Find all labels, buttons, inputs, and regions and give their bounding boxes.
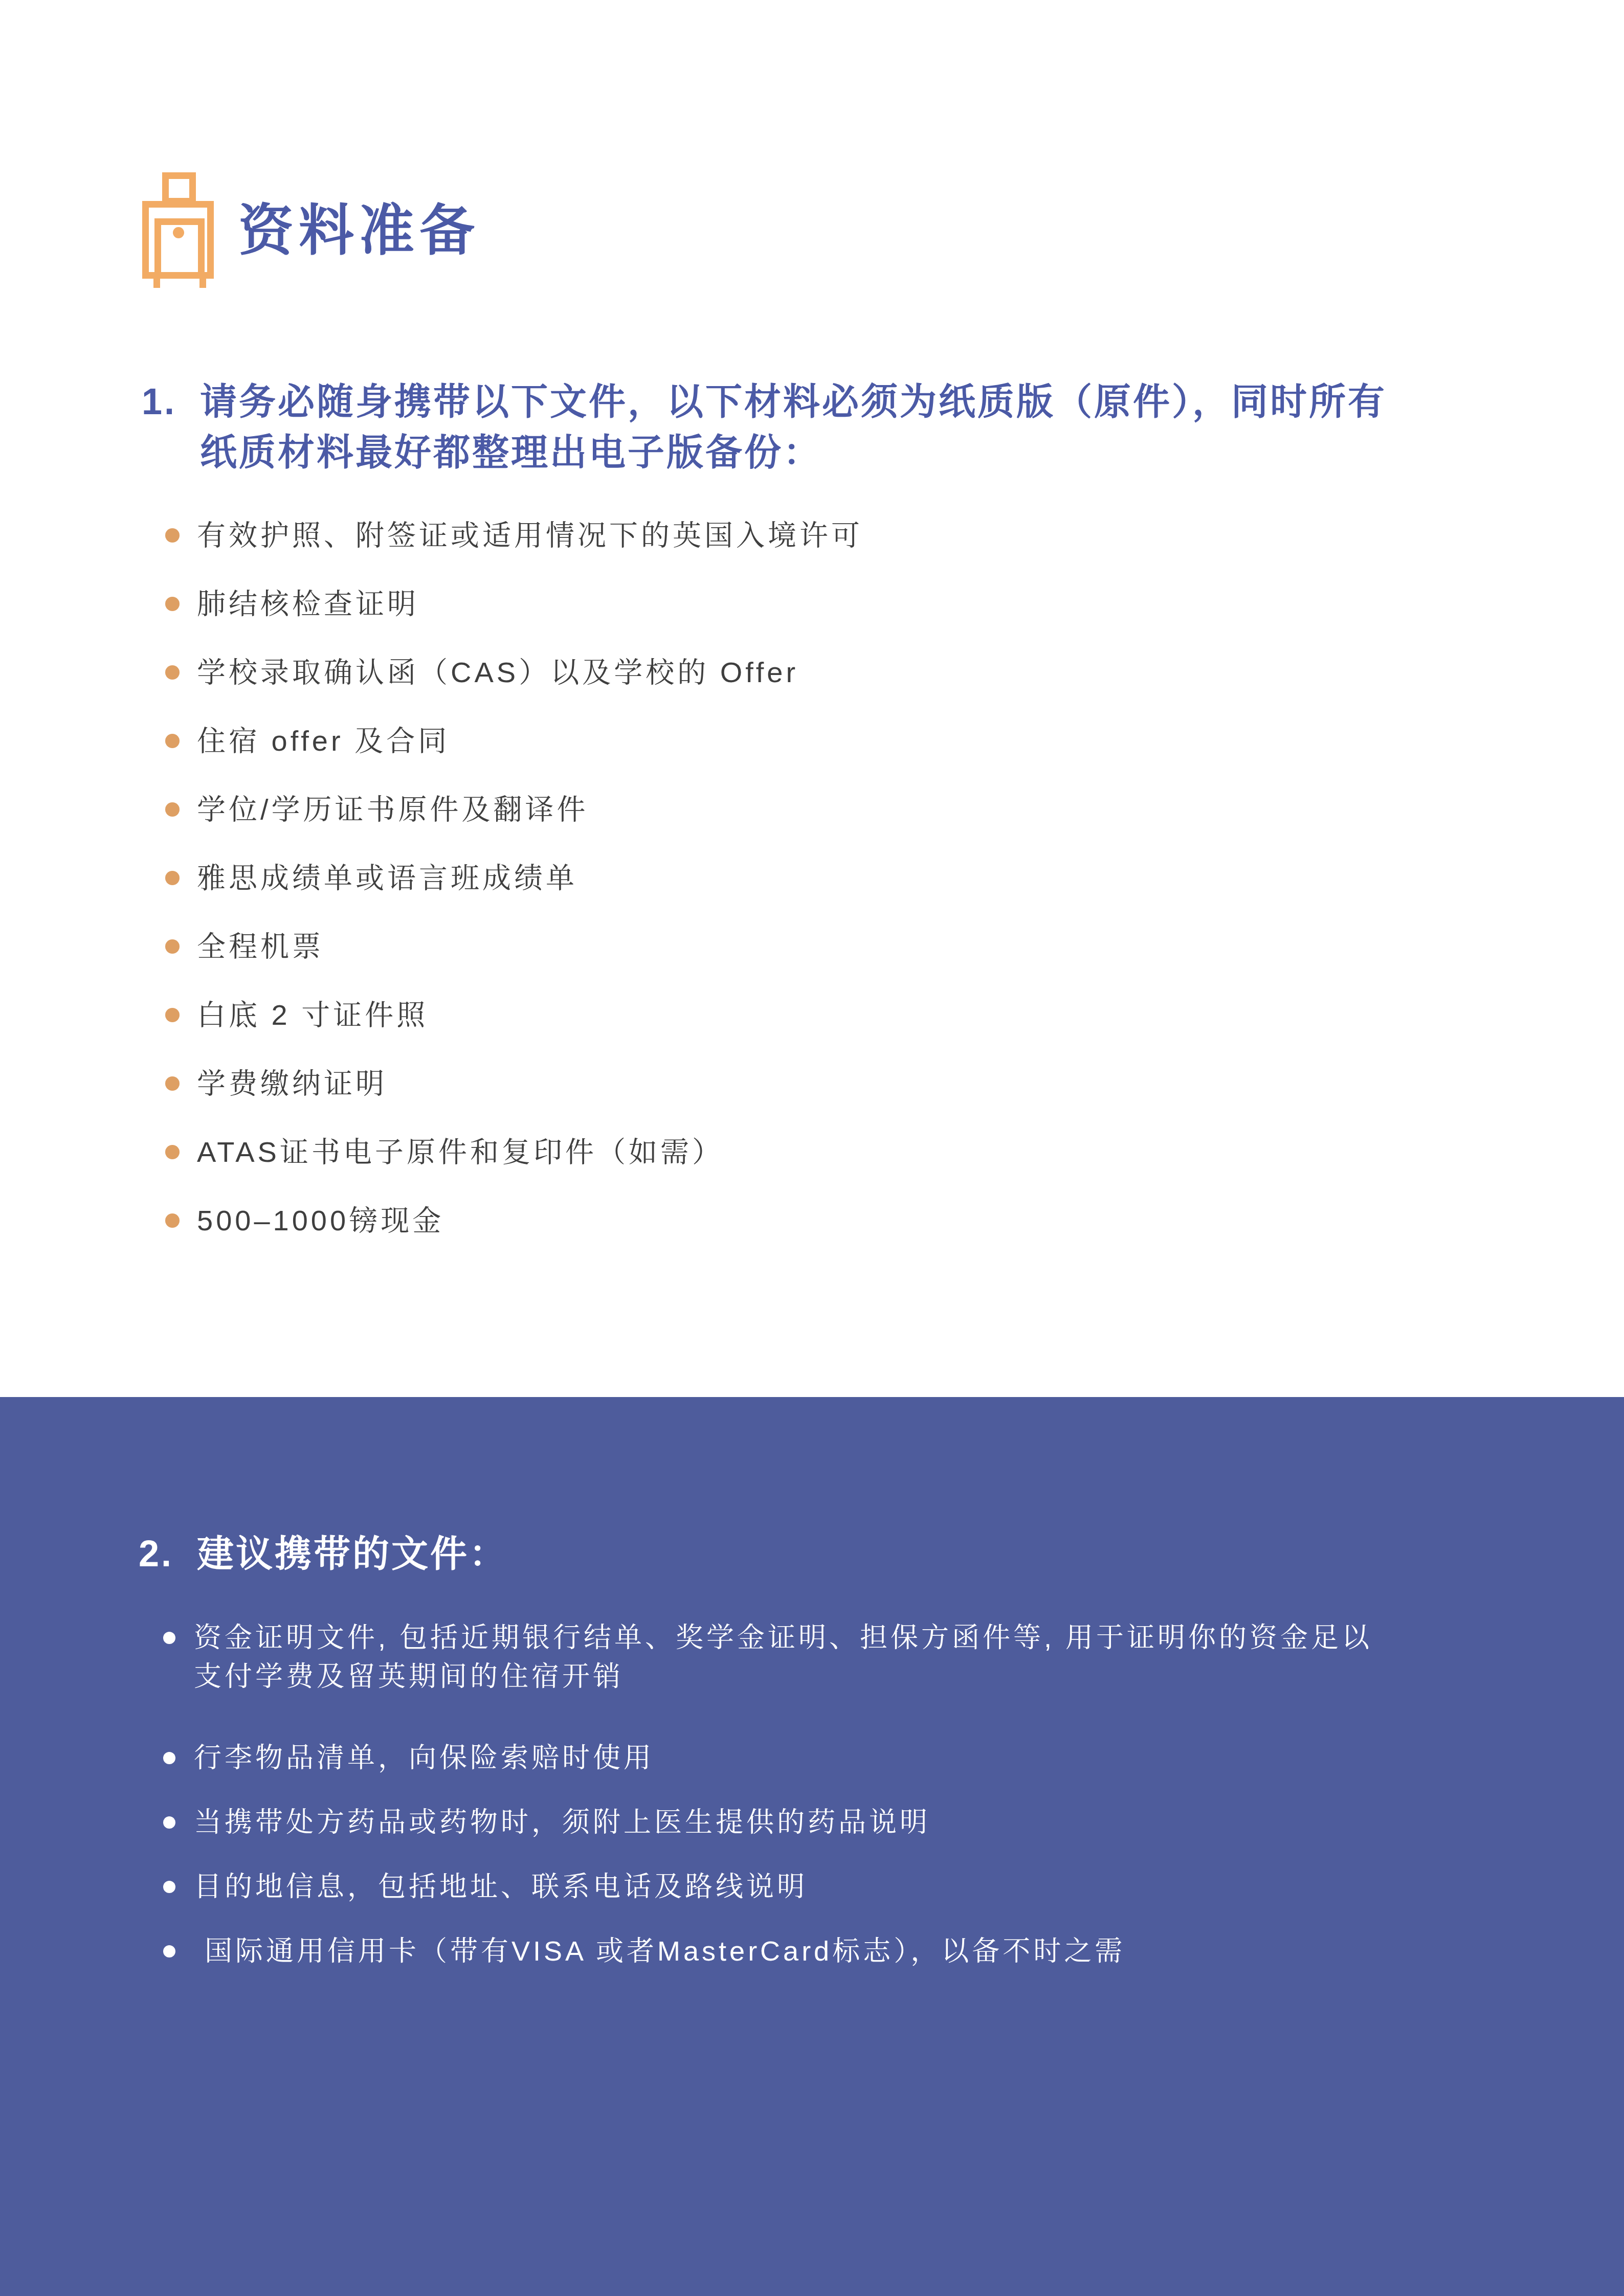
list-item-text: ATAS证书电子原件和复印件（如需） [197,1138,1583,1166]
list-item-text: 学位/学历证书原件及翻译件 [197,795,1583,824]
list-item-text: 学校录取确认函（CAS）以及学校的 Offer [197,658,1583,687]
heading-line: 纸质材料最好都整理出电子版备份： [200,432,822,473]
bullet-icon [163,1945,175,1957]
recommended-documents-list: 资金证明文件, 包括近期银行结单、奖学金证明、担保方函件等, 用于证明你的资金足… [142,1618,1583,1996]
list-item: 当携带处方药品或药物时，须附上医生提供的药品说明 [142,1803,1583,1842]
page-title: 资料准备 [238,200,480,261]
heading-line: 建议携带的文件： [197,1534,508,1574]
list-item-text: 住宿 offer 及合同 [197,727,1583,755]
section-1-heading-text: 请务必随身携带以下文件，以下材料必须为纸质版（原件），同时所有 纸质材料最好都整… [200,377,1387,478]
section-2-heading: 2. 建议携带的文件： [139,1529,508,1580]
bullet-icon [165,1076,180,1091]
list-item: 资金证明文件, 包括近期银行结单、奖学金证明、担保方函件等, 用于证明你的资金足… [142,1618,1583,1696]
section-1-heading: 1. 请务必随身携带以下文件，以下材料必须为纸质版（原件），同时所有 纸质材料最… [142,377,1387,478]
bullet-icon [165,939,180,954]
list-item: 学费缴纳证明 [142,1069,1583,1138]
list-item: 国际通用信用卡（带有VISA 或者MasterCard标志），以备不时之需 [142,1932,1583,1971]
list-item-text: 全程机票 [197,932,1583,961]
list-item: 全程机票 [142,932,1583,1001]
list-item: 目的地信息，包括地址、联系电话及路线说明 [142,1867,1583,1906]
list-item-text: 肺结核检查证明 [197,590,1583,618]
section-2-heading-text: 建议携带的文件： [197,1529,508,1580]
section-2-number: 2. [139,1529,197,1580]
list-item: 白底 2 寸证件照 [142,1001,1583,1069]
list-item-text: 白底 2 寸证件照 [197,1001,1583,1029]
bullet-icon [165,1145,180,1159]
bullet-icon [163,1752,175,1764]
list-item: 学校录取确认函（CAS）以及学校的 Offer [142,658,1583,727]
bullet-icon [165,802,180,817]
bullet-icon [163,1816,175,1829]
list-item: 学位/学历证书原件及翻译件 [142,795,1583,864]
list-item: 500–1000镑现金 [142,1206,1583,1275]
bullet-icon [165,528,180,543]
list-item: 肺结核检查证明 [142,590,1583,658]
list-item-text: 国际通用信用卡（带有VISA 或者MasterCard标志），以备不时之需 [194,1932,1583,1971]
luggage-icon [142,172,214,290]
document-page: 资料准备 1. 请务必随身携带以下文件，以下材料必须为纸质版（原件），同时所有 … [0,0,1624,2296]
bullet-icon [163,1881,175,1893]
list-item-text: 行李物品清单，向保险索赔时使用 [194,1739,1583,1777]
bullet-icon [165,871,180,885]
list-item: 行李物品清单，向保险索赔时使用 [142,1739,1583,1777]
bullet-icon [165,597,180,611]
bullet-icon [165,665,180,680]
list-item: ATAS证书电子原件和复印件（如需） [142,1138,1583,1206]
recommended-panel: 2. 建议携带的文件： 资金证明文件, 包括近期银行结单、奖学金证明、担保方函件… [0,1397,1624,2296]
list-item-text: 500–1000镑现金 [197,1206,1583,1235]
bullet-icon [165,1213,180,1228]
list-item-text: 目的地信息，包括地址、联系电话及路线说明 [194,1867,1583,1906]
list-item: 住宿 offer 及合同 [142,727,1583,795]
list-item-text: 资金证明文件, 包括近期银行结单、奖学金证明、担保方函件等, 用于证明你的资金足… [194,1618,1583,1696]
bullet-icon [165,734,180,748]
list-item-text: 有效护照、附签证或适用情况下的英国入境许可 [197,521,1583,550]
heading-line: 请务必随身携带以下文件，以下材料必须为纸质版（原件），同时所有 [200,381,1387,422]
section-1-number: 1. [142,377,200,478]
list-item: 雅思成绩单或语言班成绩单 [142,864,1583,932]
required-documents-list: 有效护照、附签证或适用情况下的英国入境许可肺结核检查证明学校录取确认函（CAS）… [142,521,1583,1275]
bullet-icon [165,1008,180,1022]
list-item-text: 学费缴纳证明 [197,1069,1583,1098]
list-item: 有效护照、附签证或适用情况下的英国入境许可 [142,521,1583,590]
list-item-text: 当携带处方药品或药物时，须附上医生提供的药品说明 [194,1803,1583,1842]
bullet-icon [163,1632,175,1644]
list-item-text: 雅思成绩单或语言班成绩单 [197,864,1583,892]
